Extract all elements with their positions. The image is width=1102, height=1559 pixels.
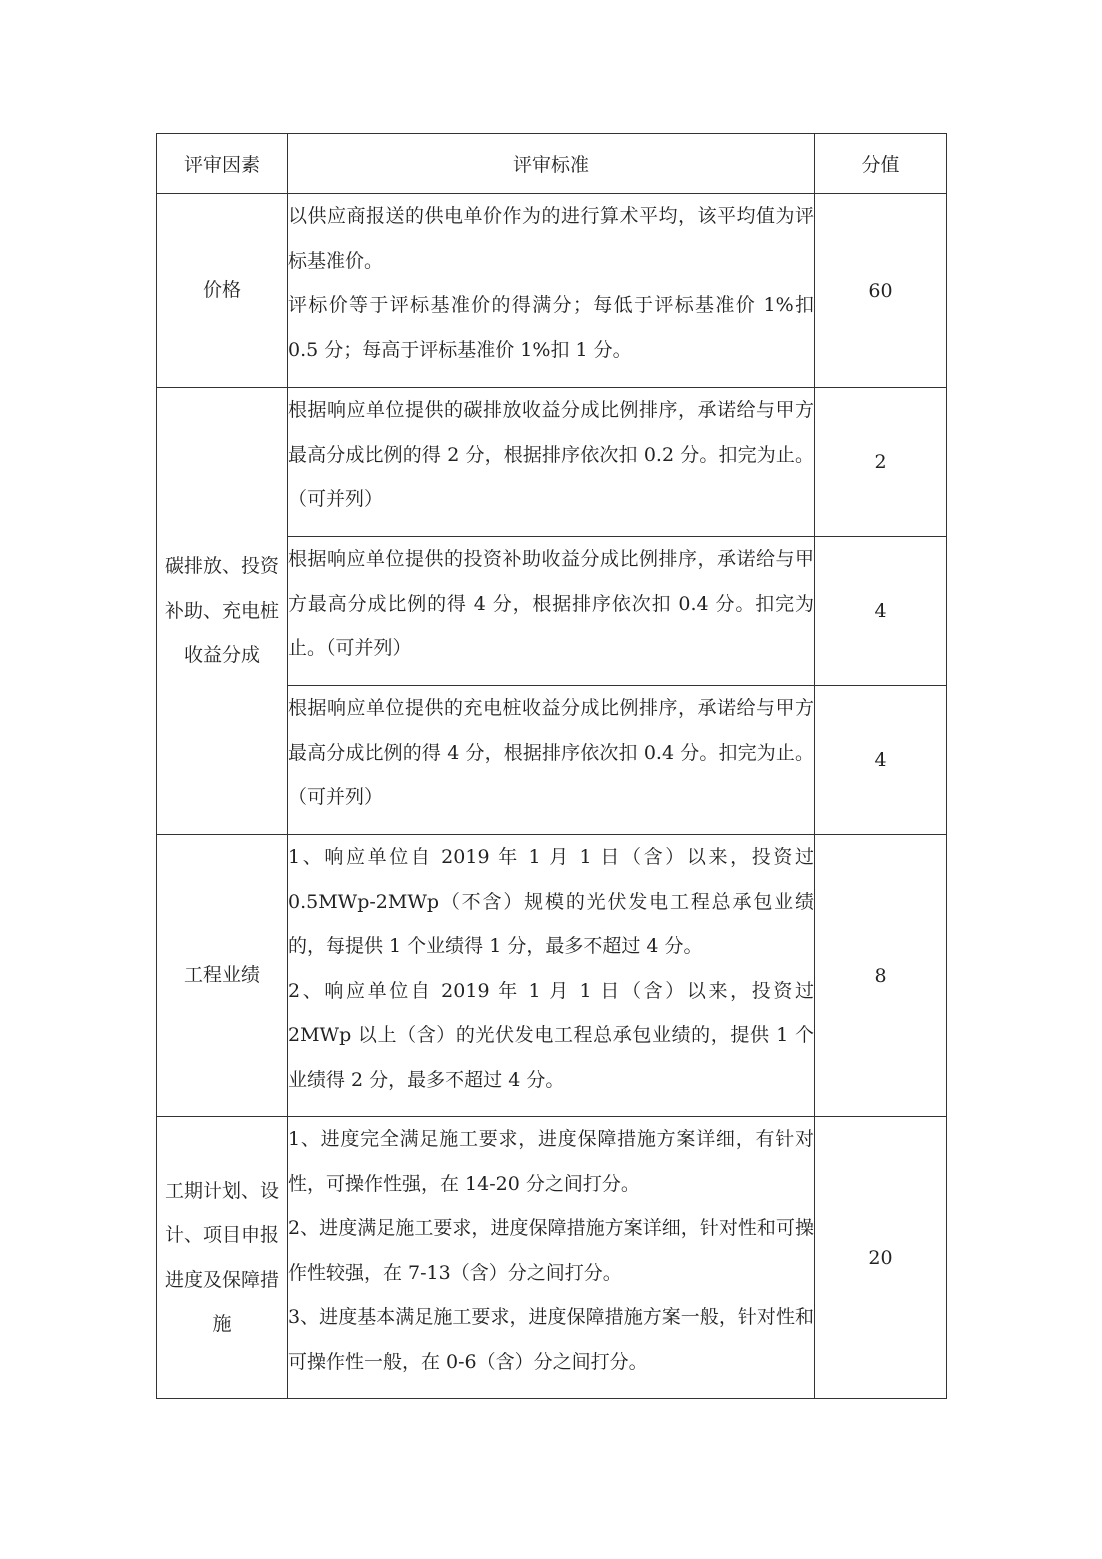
factor-cell: 价格	[157, 194, 288, 388]
criteria-cell: 根据响应单位提供的充电桩收益分成比例排序，承诺给与甲方最高分成比例的得 4 分，…	[288, 686, 815, 835]
criteria-paragraph: 以供应商报送的供电单价作为的进行算术平均，该平均值为评标基准价。	[288, 194, 814, 283]
criteria-paragraph: 1、进度完全满足施工要求，进度保障措施方案详细，有针对性，可操作性强，在 14-…	[288, 1117, 814, 1206]
header-criteria: 评审标准	[288, 134, 815, 194]
factor-cell: 工期计划、设计、项目申报进度及保障措施	[157, 1117, 288, 1399]
score-cell: 4	[815, 686, 947, 835]
criteria-cell: 1、进度完全满足施工要求，进度保障措施方案详细，有针对性，可操作性强，在 14-…	[288, 1117, 815, 1399]
score-cell: 20	[815, 1117, 947, 1399]
score-cell: 4	[815, 537, 947, 686]
header-score: 分值	[815, 134, 947, 194]
criteria-paragraph: 2、进度满足施工要求，进度保障措施方案详细，针对性和可操作性较强，在 7-13（…	[288, 1206, 814, 1295]
criteria-paragraph: 3、进度基本满足施工要求，进度保障措施方案一般，针对性和可操作性一般，在 0-6…	[288, 1295, 814, 1384]
scoring-table: 评审因素 评审标准 分值 价格 以供应商报送的供电单价作为的进行算术平均，该平均…	[156, 133, 947, 1399]
header-factor: 评审因素	[157, 134, 288, 194]
criteria-cell: 根据响应单位提供的碳排放收益分成比例排序，承诺给与甲方最高分成比例的得 2 分，…	[288, 388, 815, 537]
table-row-performance: 工程业绩 1、响应单位自 2019 年 1 月 1 日（含）以来，投资过 0.5…	[157, 835, 947, 1117]
header-row: 评审因素 评审标准 分值	[157, 134, 947, 194]
table-row-schedule: 工期计划、设计、项目申报进度及保障措施 1、进度完全满足施工要求，进度保障措施方…	[157, 1117, 947, 1399]
factor-cell: 碳排放、投资补助、充电桩收益分成	[157, 388, 288, 835]
criteria-cell: 1、响应单位自 2019 年 1 月 1 日（含）以来，投资过 0.5MWp-2…	[288, 835, 815, 1117]
criteria-paragraph: 1、响应单位自 2019 年 1 月 1 日（含）以来，投资过 0.5MWp-2…	[288, 835, 814, 969]
score-cell: 60	[815, 194, 947, 388]
score-cell: 2	[815, 388, 947, 537]
criteria-cell: 以供应商报送的供电单价作为的进行算术平均，该平均值为评标基准价。 评标价等于评标…	[288, 194, 815, 388]
table-row-revenue-share-1: 碳排放、投资补助、充电桩收益分成 根据响应单位提供的碳排放收益分成比例排序，承诺…	[157, 388, 947, 537]
criteria-cell: 根据响应单位提供的投资补助收益分成比例排序，承诺给与甲方最高分成比例的得 4 分…	[288, 537, 815, 686]
table-row-price: 价格 以供应商报送的供电单价作为的进行算术平均，该平均值为评标基准价。 评标价等…	[157, 194, 947, 388]
criteria-paragraph: 评标价等于评标基准价的得满分；每低于评标基准价 1%扣 0.5 分；每高于评标基…	[288, 283, 814, 372]
score-cell: 8	[815, 835, 947, 1117]
factor-cell: 工程业绩	[157, 835, 288, 1117]
criteria-paragraph: 2、响应单位自 2019 年 1 月 1 日（含）以来，投资过 2MWp 以上（…	[288, 969, 814, 1103]
